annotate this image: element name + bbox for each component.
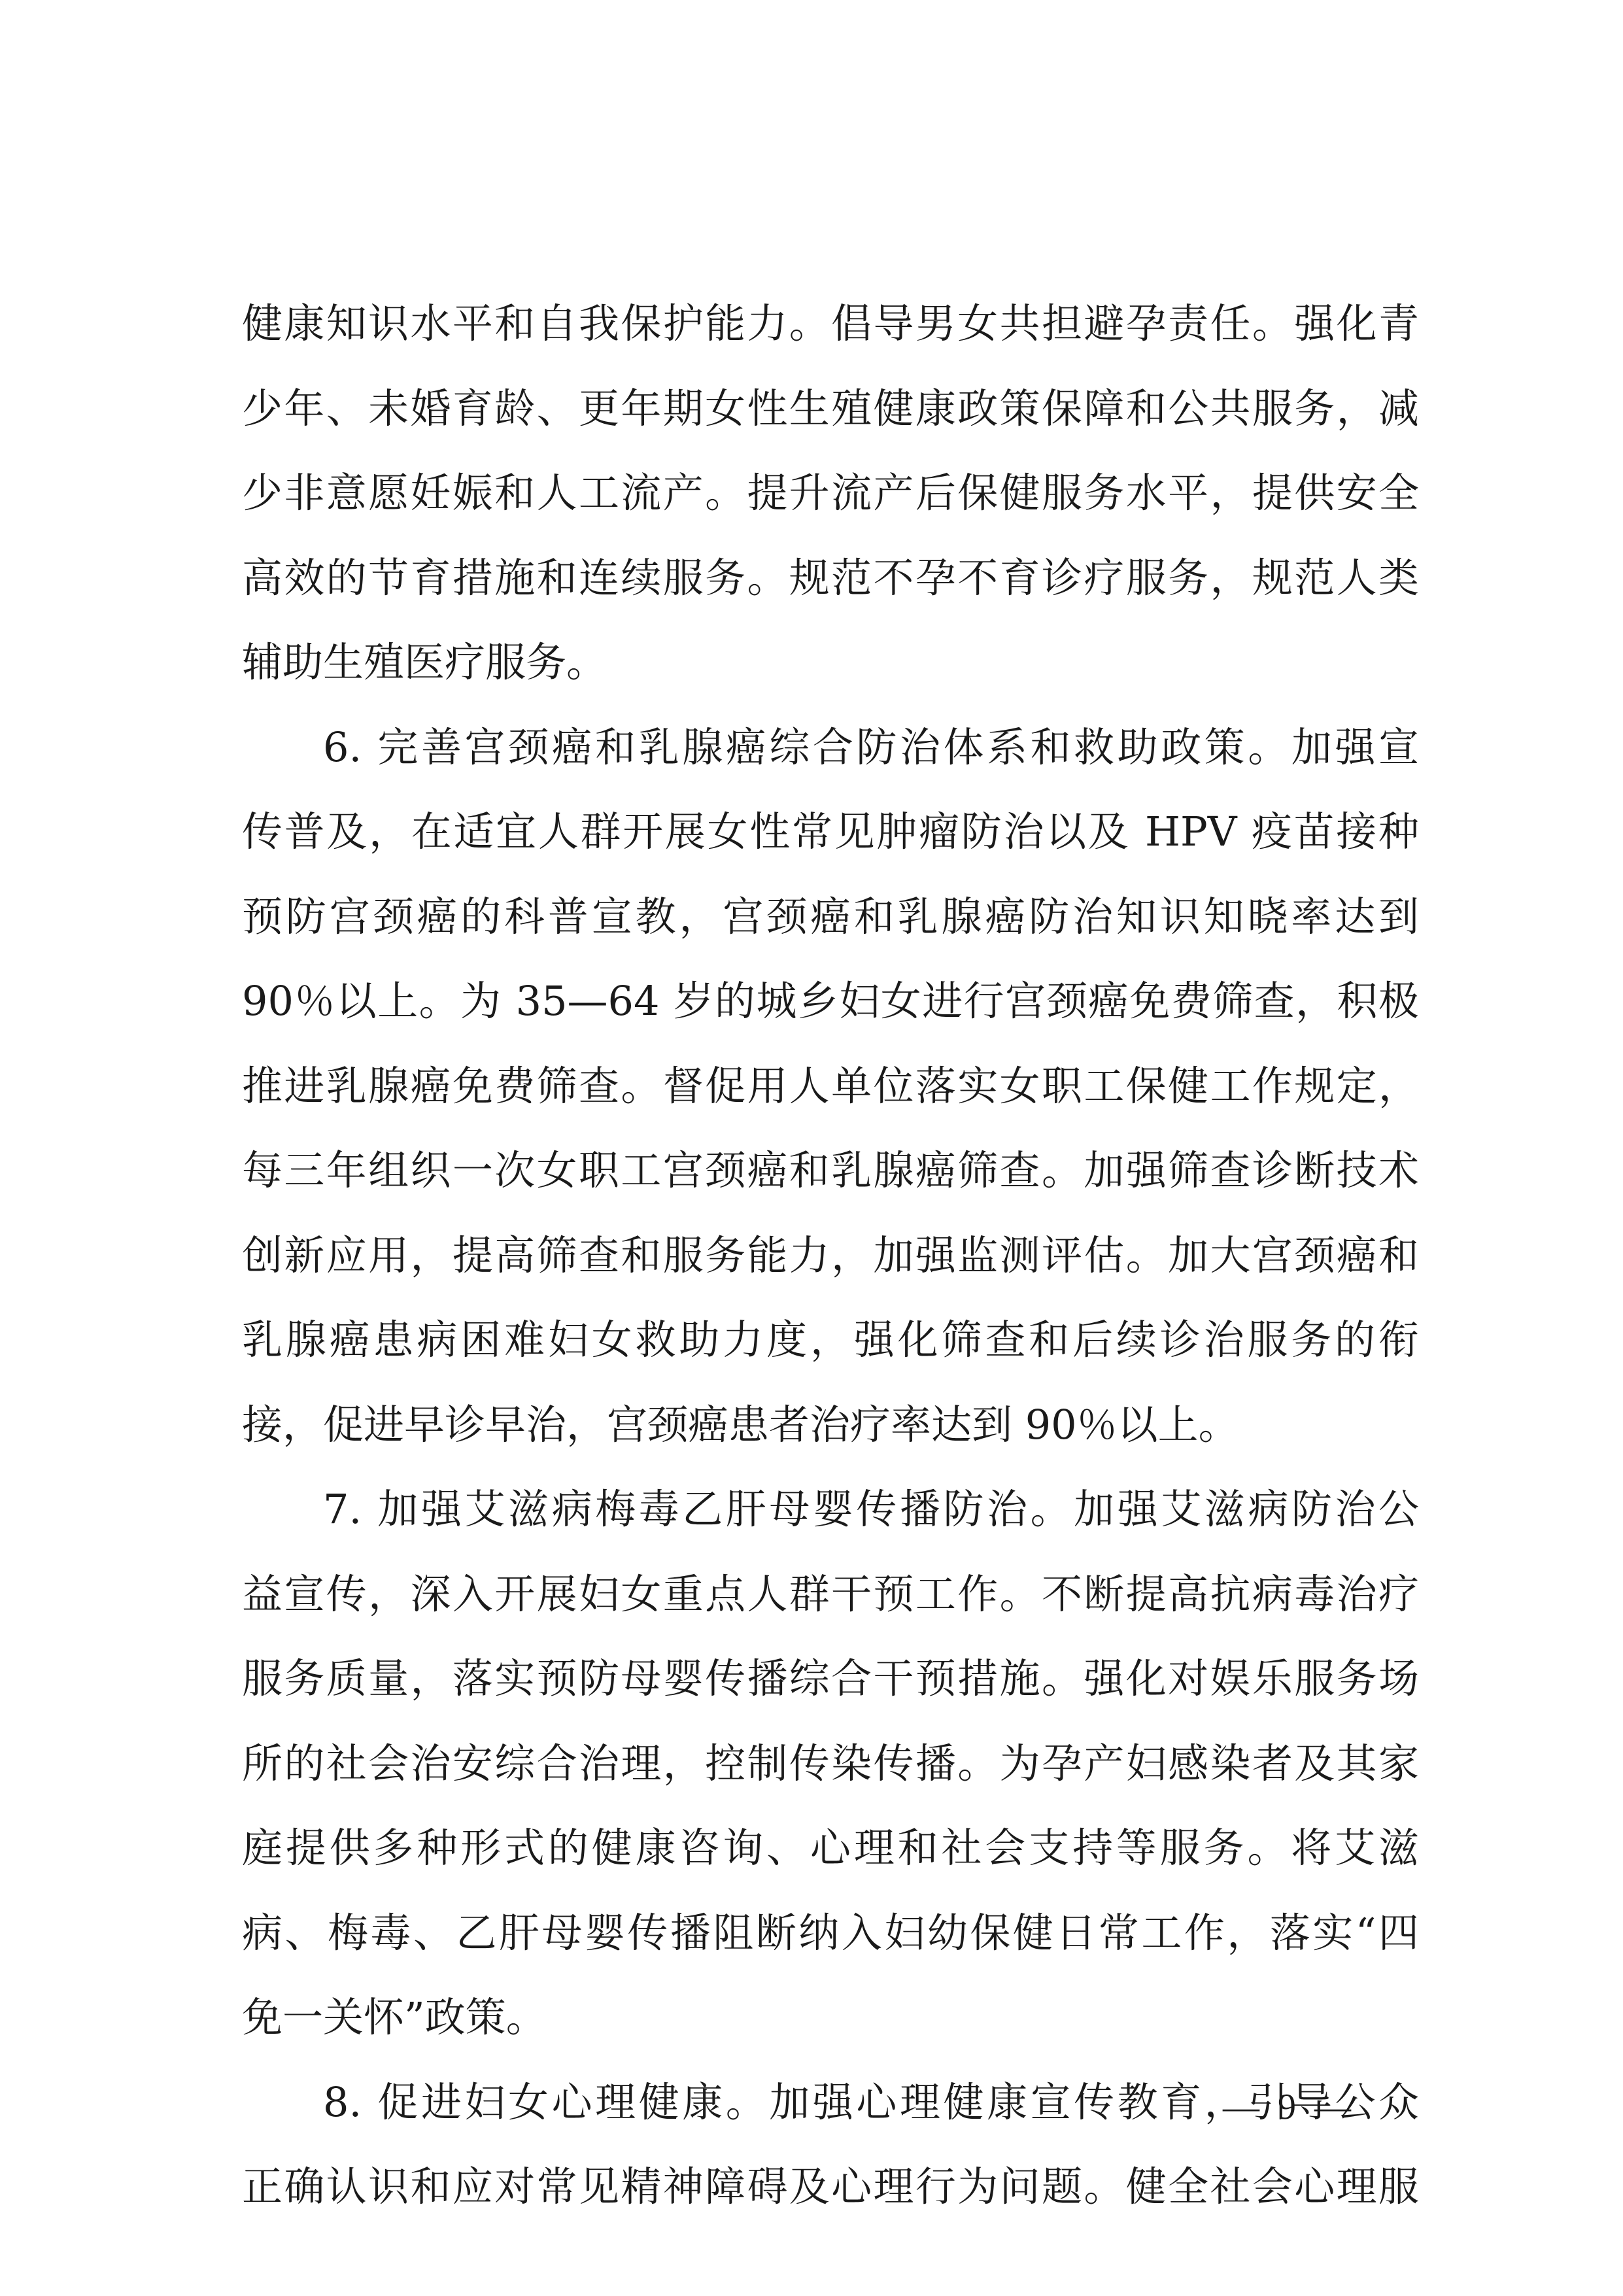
text-line: 每三年组织一次女职工宫颈癌和乳腺癌筛查。加强筛查诊断技术 (242, 1128, 1419, 1213)
text-line: 接，促进早诊早治，宫颈癌患者治疗率达到 90％以上。 (242, 1382, 1419, 1467)
document-body: 健康知识水平和自我保护能力。倡导男女共担避孕责任。强化青少年、未婚育龄、更年期女… (242, 281, 1419, 2229)
text-line: 服务质量，落实预防母婴传播综合干预措施。强化对娱乐服务场 (242, 1636, 1419, 1721)
text-line: 预防宫颈癌的科普宣教，宫颈癌和乳腺癌防治知识知晓率达到 (242, 874, 1419, 959)
text-line: 创新应用，提高筛查和服务能力，加强监测评估。加大宫颈癌和 (242, 1213, 1419, 1298)
text-line: 乳腺癌患病困难妇女救助力度，强化筛查和后续诊治服务的衔 (242, 1297, 1419, 1382)
text-line: 辅助生殖医疗服务。 (242, 620, 1419, 705)
page-number: — 9 — (1223, 2086, 1351, 2128)
text-line: 健康知识水平和自我保护能力。倡导男女共担避孕责任。强化青 (242, 281, 1419, 366)
text-line: 少非意愿妊娠和人工流产。提升流产后保健服务水平，提供安全 (242, 451, 1419, 536)
text-line: 90％以上。为 35—64 岁的城乡妇女进行宫颈癌免费筛查，积极 (242, 959, 1419, 1044)
text-line: 免一关怀”政策。 (242, 1975, 1419, 2060)
text-line: 7. 加强艾滋病梅毒乙肝母婴传播防治。加强艾滋病防治公 (242, 1467, 1419, 1552)
text-line: 少年、未婚育龄、更年期女性生殖健康政策保障和公共服务，减 (242, 366, 1419, 451)
text-line: 传普及，在适宜人群开展女性常见肿瘤防治以及 HPV 疫苗接种 (242, 789, 1419, 874)
text-line: 6. 完善宫颈癌和乳腺癌综合防治体系和救助政策。加强宣 (242, 705, 1419, 790)
text-line: 高效的节育措施和连续服务。规范不孕不育诊疗服务，规范人类 (242, 536, 1419, 621)
text-line: 病、梅毒、乙肝母婴传播阻断纳入妇幼保健日常工作，落实“四 (242, 1891, 1419, 1976)
text-line: 推进乳腺癌免费筛查。督促用人单位落实女职工保健工作规定， (242, 1044, 1419, 1129)
text-line: 庭提供多种形式的健康咨询、心理和社会支持等服务。将艾滋 (242, 1806, 1419, 1891)
text-line: 所的社会治安综合治理，控制传染传播。为孕产妇感染者及其家 (242, 1721, 1419, 1806)
text-line: 正确认识和应对常见精神障碍及心理行为问题。健全社会心理服 (242, 2144, 1419, 2229)
text-line: 益宣传，深入开展妇女重点人群干预工作。不断提高抗病毒治疗 (242, 1552, 1419, 1637)
